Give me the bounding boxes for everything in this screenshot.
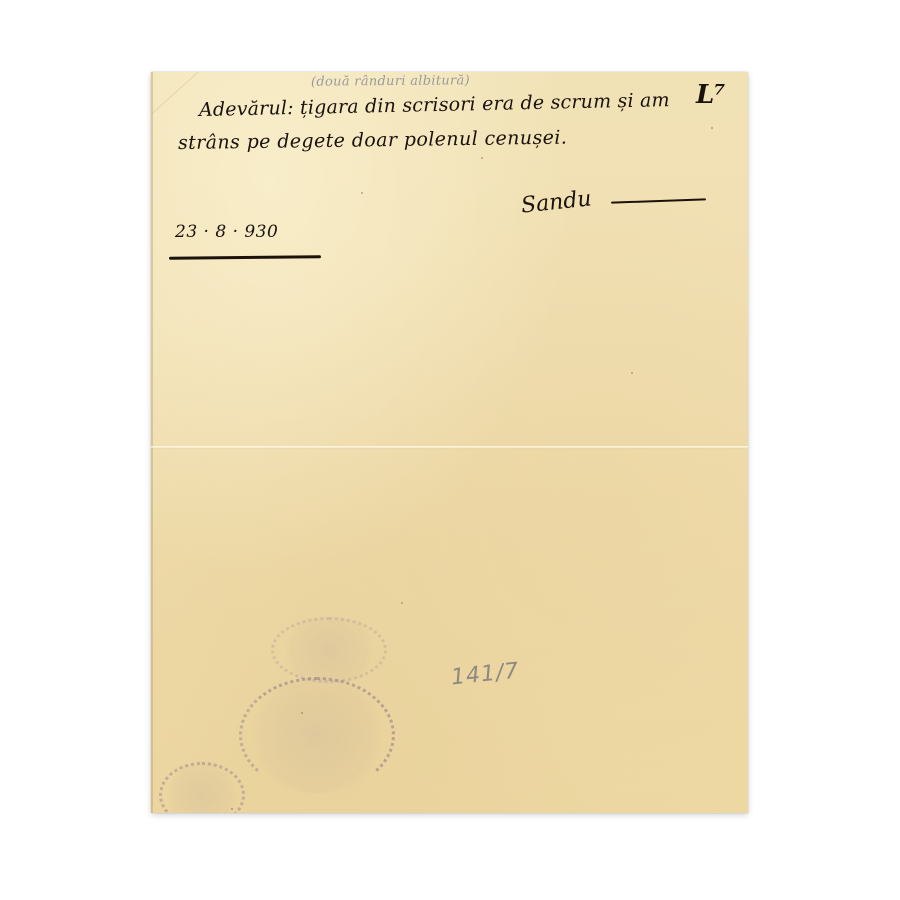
paper-speck bbox=[231, 808, 233, 810]
page-mark: L⁷ bbox=[696, 80, 726, 110]
paper-speck bbox=[361, 192, 363, 194]
archive-number: 141/7 bbox=[450, 658, 521, 690]
paper-speck bbox=[301, 712, 303, 714]
horizontal-fold bbox=[151, 446, 748, 449]
paper-speck bbox=[191, 144, 193, 146]
paper-edge bbox=[151, 72, 153, 813]
paper-speck bbox=[711, 127, 713, 129]
paper-speck bbox=[401, 602, 403, 604]
date-underline bbox=[169, 255, 321, 260]
paper-speck bbox=[481, 157, 483, 159]
pencil-annotation: (două rânduri albitură) bbox=[311, 73, 470, 89]
postal-stamp-mark bbox=[239, 677, 395, 793]
signature: Sandu bbox=[520, 186, 593, 218]
signature-flourish bbox=[611, 198, 706, 203]
date: 23 · 8 · 930 bbox=[175, 222, 278, 242]
faded-stamp bbox=[271, 617, 387, 683]
text-line-2: strâns pe degete doar polenul cenușei. bbox=[178, 127, 568, 154]
postal-stamp-mark-partial bbox=[159, 762, 245, 813]
viewer-canvas: (două rânduri albitură) L⁷ Adevărul: țig… bbox=[0, 0, 900, 900]
text-line-1: Adevărul: țigara din scrisori era de scr… bbox=[199, 89, 670, 121]
paper-speck bbox=[631, 372, 633, 374]
manuscript-page: (două rânduri albitură) L⁷ Adevărul: țig… bbox=[151, 72, 748, 813]
